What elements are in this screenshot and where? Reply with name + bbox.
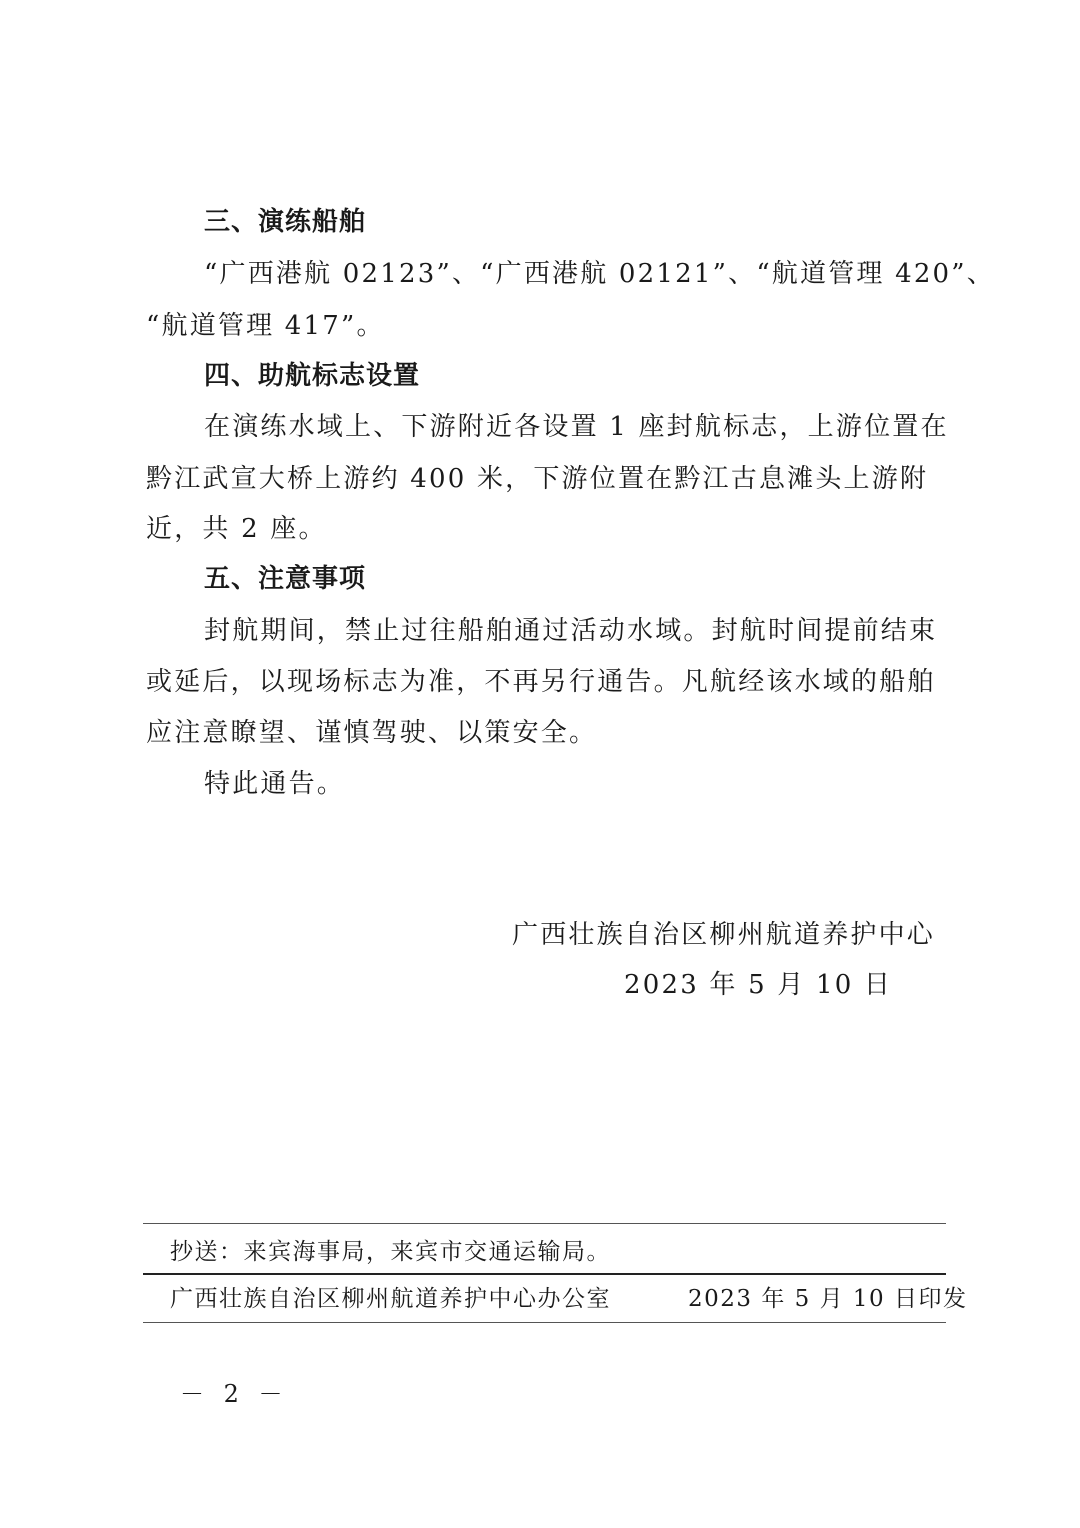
paragraph-line: 在演练水域上、下游附近各设置 1 座封航标志，上游位置在	[204, 409, 949, 445]
section-heading-notes: 五、注意事项	[204, 561, 366, 597]
paragraph-line: 或延后，以现场标志为准，不再另行通告。凡航经该水域的船舶	[146, 664, 936, 700]
footer-bottom-rule	[143, 1322, 946, 1323]
issuing-office: 广西壮族自治区柳州航道养护中心办公室	[170, 1283, 611, 1315]
paragraph-line: “航道管理 417”。	[146, 308, 385, 344]
paragraph-line: 封航期间，禁止过往船舶通过活动水域。封航时间提前结束	[204, 613, 937, 649]
cc-recipients: 抄送：来宾海事局，来宾市交通运输局。	[170, 1236, 611, 1268]
paragraph-line: 黔江武宣大桥上游约 400 米，下游位置在黔江古息滩头上游附	[146, 461, 928, 497]
paragraph-line: 应注意瞭望、谨慎驾驶、以策安全。	[146, 715, 597, 751]
paragraph-line: “广西港航 02123”、“广西港航 02121”、“航道管理 420”、	[204, 256, 995, 292]
section-heading-vessels: 三、演练船舶	[204, 204, 366, 240]
footer-middle-rule	[143, 1273, 946, 1275]
page-number: － 2 －	[180, 1374, 289, 1409]
signature-date: 2023 年 5 月 10 日	[624, 967, 892, 1003]
section-heading-navigation-marks: 四、助航标志设置	[204, 358, 420, 394]
signature-organization: 广西壮族自治区柳州航道养护中心	[512, 917, 935, 953]
paragraph-line: 近，共 2 座。	[146, 511, 327, 547]
footer-top-rule	[143, 1223, 946, 1224]
issue-date: 2023 年 5 月 10 日印发	[688, 1283, 968, 1315]
closing-statement: 特此通告。	[204, 766, 345, 802]
